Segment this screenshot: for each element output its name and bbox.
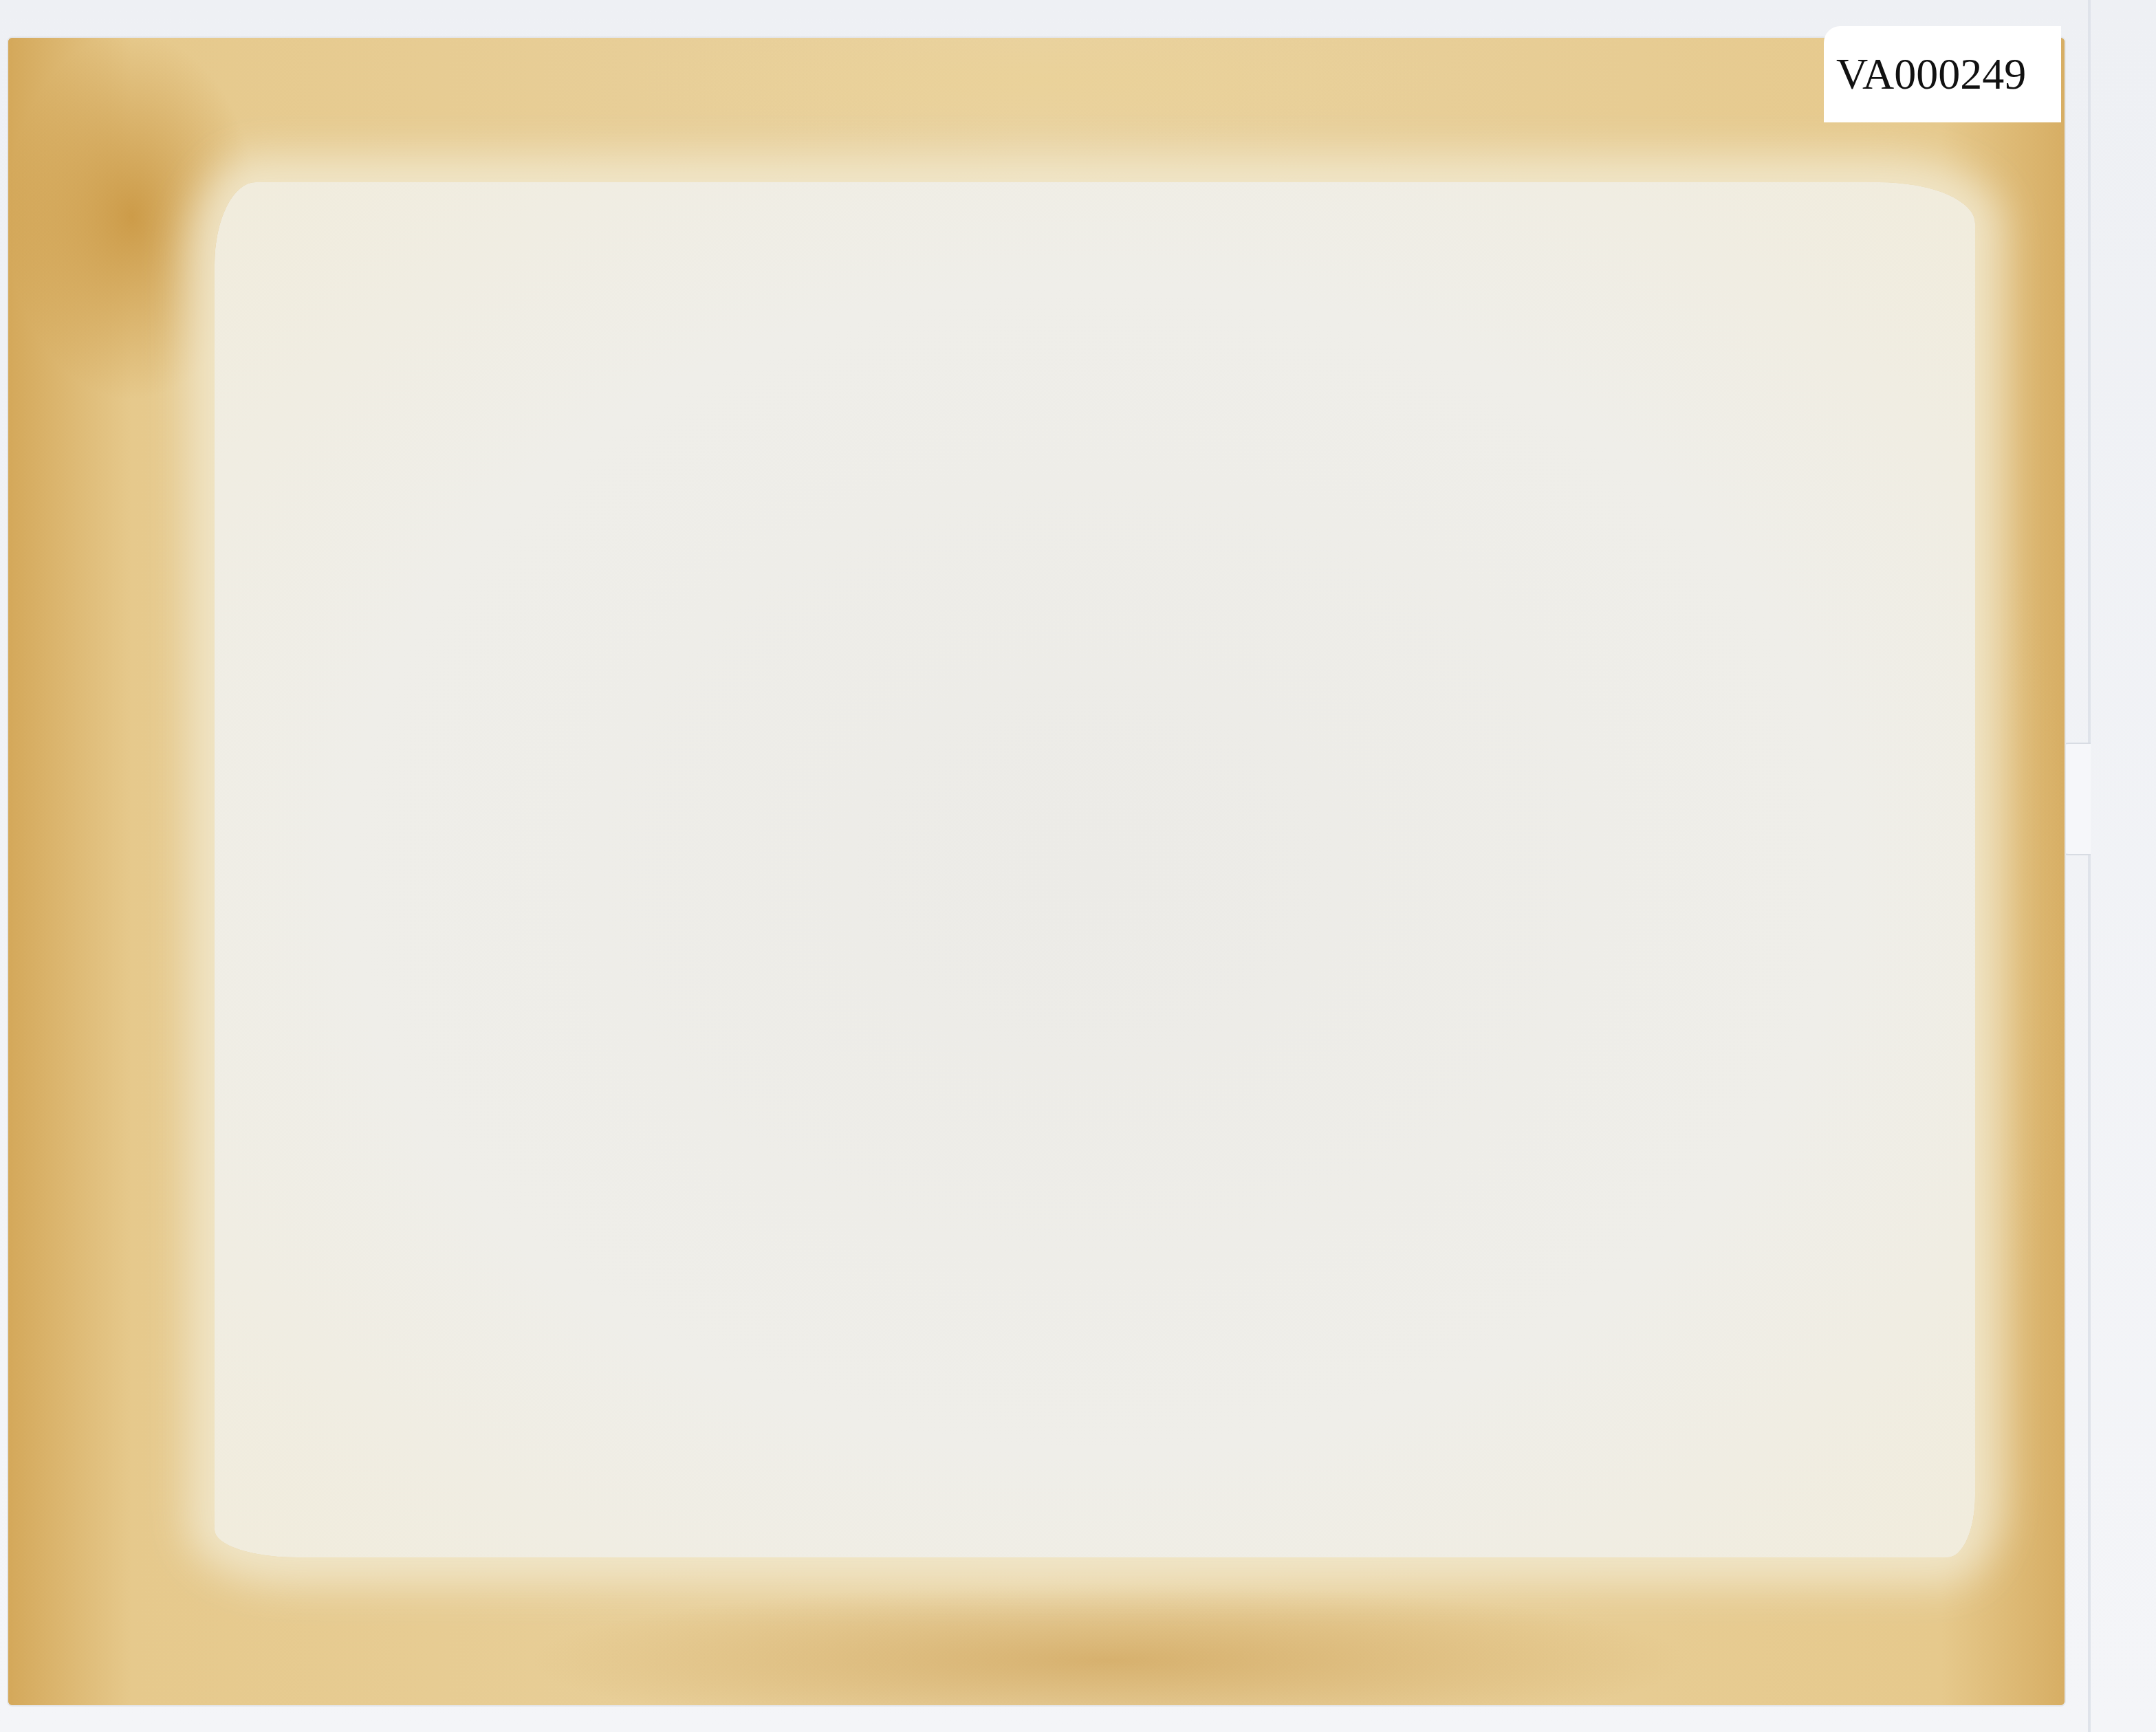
sleeve-edge [2088, 0, 2091, 1732]
blank-paper-area [215, 182, 1975, 1557]
accession-label: VA000249 [1824, 26, 2061, 122]
document-sheet [8, 38, 2065, 1705]
accession-number: VA000249 [1836, 49, 2026, 100]
